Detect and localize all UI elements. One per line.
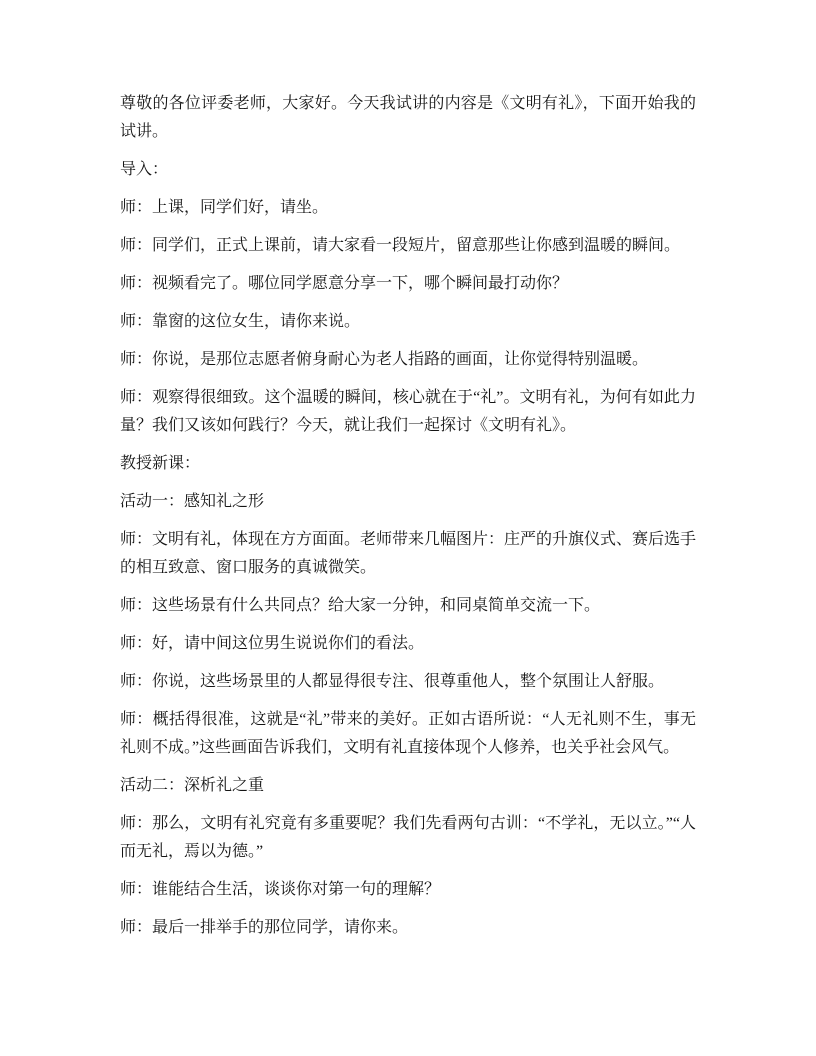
paragraph-teacher-line: 师：这些场景有什么共同点？给大家一分钟，和同桌简单交流一下。 bbox=[120, 592, 696, 620]
paragraph-teacher-line: 师：那么，文明有礼究竟有多重要呢？我们先看两句古训：“不学礼，无以立。”“人而无… bbox=[120, 810, 696, 866]
section-label-activity-1: 活动一：感知礼之形 bbox=[120, 488, 696, 516]
section-label-activity-2: 活动二：深析礼之重 bbox=[120, 772, 696, 800]
section-label-new-lesson: 教授新课： bbox=[120, 450, 696, 478]
paragraph-teacher-line: 师：最后一排举手的那位同学，请你来。 bbox=[120, 914, 696, 942]
paragraph-teacher-line: 师：你说，是那位志愿者俯身耐心为老人指路的画面，让你觉得特别温暖。 bbox=[120, 346, 696, 374]
paragraph-teacher-line: 师：观察得很细致。这个温暖的瞬间，核心就在于“礼”。文明有礼，为何有如此力量？我… bbox=[120, 384, 696, 440]
paragraph-teacher-line: 师：概括得很准，这就是“礼”带来的美好。正如古语所说：“人无礼则不生，事无礼则不… bbox=[120, 706, 696, 762]
paragraph-teacher-line: 师：好，请中间这位男生说说你们的看法。 bbox=[120, 630, 696, 658]
paragraph-teacher-line: 师：同学们，正式上课前，请大家看一段短片，留意那些让你感到温暖的瞬间。 bbox=[120, 232, 696, 260]
paragraph-teacher-line: 师：谁能结合生活，谈谈你对第一句的理解？ bbox=[120, 876, 696, 904]
paragraph-teacher-line: 师：靠窗的这位女生，请你来说。 bbox=[120, 308, 696, 336]
section-label-intro: 导入： bbox=[120, 156, 696, 184]
paragraph-teacher-line: 师：视频看完了。哪位同学愿意分享一下，哪个瞬间最打动你？ bbox=[120, 270, 696, 298]
paragraph-teacher-line: 师：你说，这些场景里的人都显得很专注、很尊重他人，整个氛围让人舒服。 bbox=[120, 668, 696, 696]
paragraph-teacher-line: 师：文明有礼，体现在方方面面。老师带来几幅图片：庄严的升旗仪式、赛后选手的相互致… bbox=[120, 526, 696, 582]
document-page: 尊敬的各位评委老师，大家好。今天我试讲的内容是《文明有礼》，下面开始我的试讲。 … bbox=[0, 0, 816, 1056]
paragraph-opening: 尊敬的各位评委老师，大家好。今天我试讲的内容是《文明有礼》，下面开始我的试讲。 bbox=[120, 90, 696, 146]
paragraph-teacher-line: 师：上课，同学们好，请坐。 bbox=[120, 194, 696, 222]
